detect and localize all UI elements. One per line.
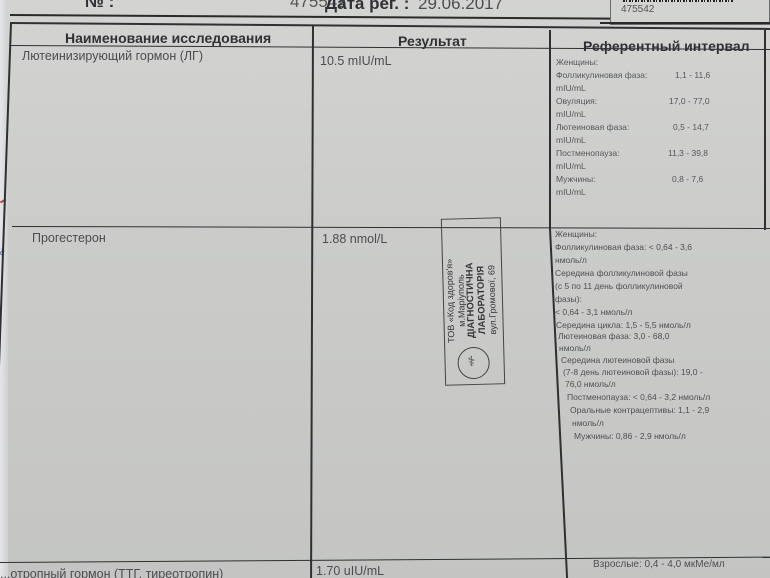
test-name-progesterone: Прогестерон (32, 231, 106, 245)
test-name-lh: Лютеинизирующий гормон (ЛГ) (22, 49, 203, 63)
result-tsh: 1.70 uIU/mL (316, 564, 384, 578)
header-rule (10, 14, 610, 20)
row-divider (12, 226, 770, 229)
result-progesterone: 1.88 nmol/L (322, 232, 387, 246)
barcode-icon (623, 0, 733, 2)
lab-stamp: ТОВ «Код здоров'я» м.Маріуполь ДІАГНОСТИ… (441, 217, 505, 386)
header-rule (600, 22, 770, 24)
reference-tsh: Взрослые: 0,4 - 4,0 мкМе/мл (593, 560, 725, 570)
test-name-tsh: ...отропный гормон (ТТГ, тиреотропин) (0, 567, 223, 578)
registration-date-label: Дата рег. : (325, 0, 409, 14)
table-border-right (764, 30, 766, 230)
barcode-number: 475542 (621, 4, 654, 15)
column-header-result: Результат (398, 33, 467, 49)
lab-report-page: ∂ № : 475542 Дата рег. : 29.06.2017 4755… (0, 0, 770, 578)
column-divider (310, 25, 313, 578)
registration-date: 29.06.2017 (418, 0, 503, 14)
column-header-test-name: Наименование исследования (65, 30, 271, 46)
result-lh: 10.5 mIU/mL (320, 54, 392, 68)
column-header-reference: Референтный интервал (583, 38, 750, 54)
column-divider (549, 30, 551, 230)
order-label: № : (85, 0, 114, 12)
